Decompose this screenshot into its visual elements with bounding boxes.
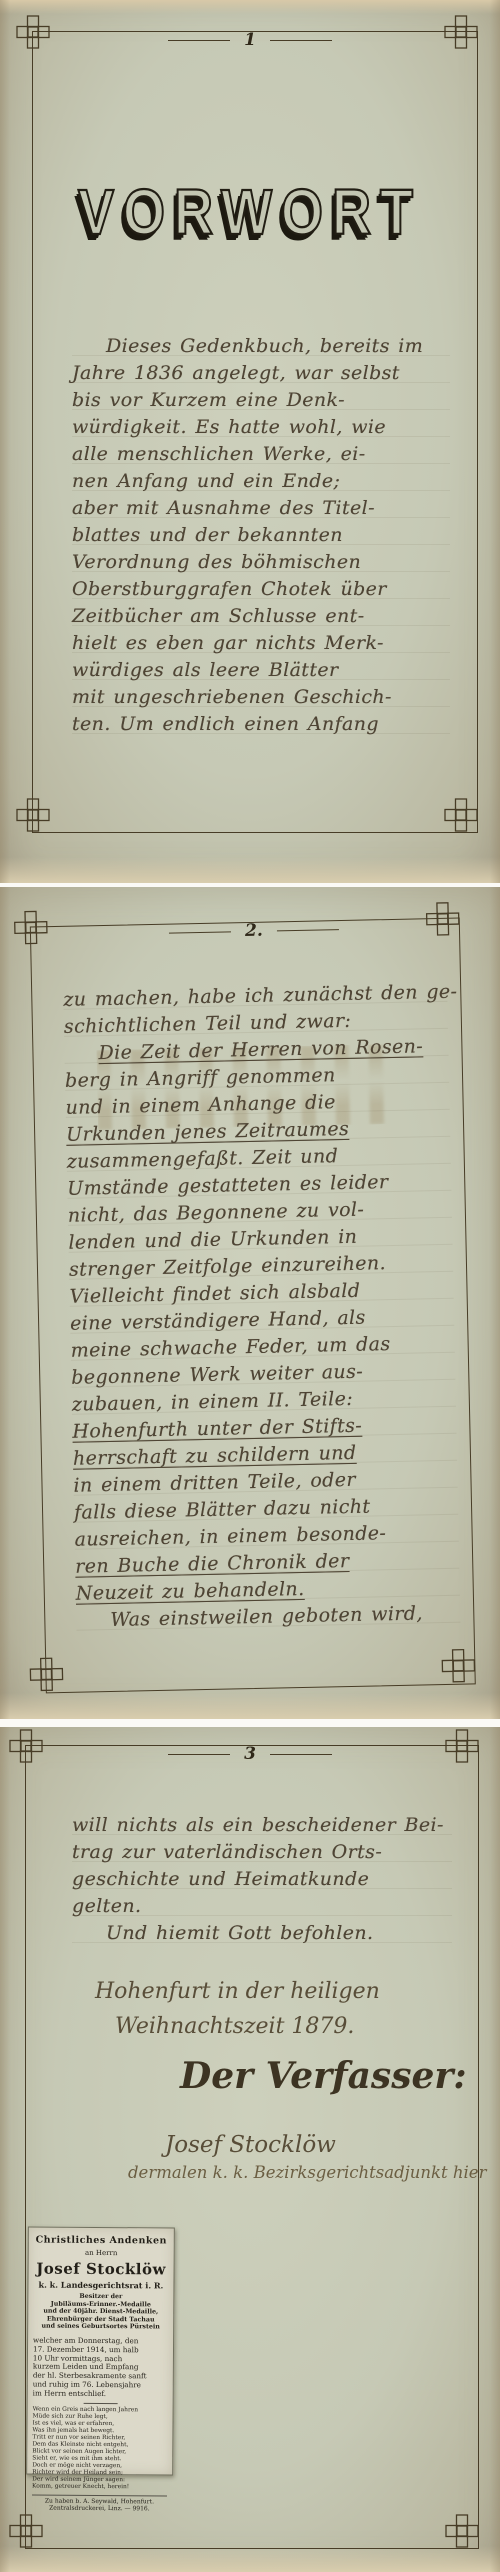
handwritten-line: Und hiemit Gott befohlen. [72, 1920, 452, 1947]
handwritten-line: ten. Um endlich einen Anfang [72, 711, 450, 738]
handwritten-line: Dieses Gedenkbuch, bereits im [72, 333, 450, 360]
handwritten-line: bis vor Kurzem eine Denk- [72, 387, 450, 414]
card-header: Christliches Andenken [34, 2235, 169, 2247]
card-honors: Besitzer derJubiläums-Erinner.-Medailleu… [33, 2293, 168, 2332]
handwritten-line: Verordnung des böhmischen [72, 549, 450, 576]
signature-label: Der Verfasser: [180, 2055, 467, 2097]
card-poem-line: Komm, getreuer Knecht, herein! [32, 2483, 167, 2491]
handwritten-line: blattes und der bekannten [72, 522, 450, 549]
rule [168, 1754, 230, 1755]
card-obituary-line: im Herrn entschlief. [33, 2389, 168, 2399]
memorial-card: Christliches Andenken an Herrn Josef Sto… [26, 2226, 175, 2475]
handwritten-line: Jahre 1836 angelegt, war selbst [72, 360, 450, 387]
handwritten-line: nen Anfang und ein Ende; [72, 468, 450, 495]
page3-left-edge [0, 1727, 10, 2572]
page-number: 1 [244, 32, 256, 49]
page-3: 3 will nichts als ein bescheidener Bei-t… [0, 1727, 500, 2572]
card-divider [83, 2402, 117, 2403]
card-footer: Zu haben b. A. Seywald, Hohenfurt.Zentra… [32, 2494, 167, 2512]
card-footer-line: Zentralsdruckerei, Linz. — 9916. [32, 2504, 167, 2512]
handwritten-line: mit ungeschriebenen Geschich- [72, 684, 450, 711]
handwritten-line: geschichte und Heimatkunde [72, 1866, 452, 1893]
page3-right-edge [490, 1727, 500, 2572]
page1-bottom-edge [0, 857, 500, 883]
handwritten-line: will nichts als ein bescheidener Bei- [72, 1812, 452, 1839]
page1-right-edge [490, 0, 500, 883]
page-number: 3 [244, 1746, 256, 1763]
rule [270, 40, 332, 41]
page3-number-row: 3 [110, 1746, 390, 1763]
corner-ornament [9, 2514, 43, 2548]
rule [168, 40, 230, 41]
page-number: 2. [245, 923, 263, 940]
page-2: 2. zu machen, habe ich zunächst den ge-s… [0, 887, 500, 1719]
card-poem: Wenn ein Greis nach langen JahrenMüde si… [32, 2406, 168, 2491]
place-date-line: Hohenfurt in der heiligen [95, 1979, 380, 2004]
corner-ornament [16, 15, 50, 49]
signature-name: Josef Stocklöw [165, 2132, 336, 2158]
handwritten-line: Zeitbücher am Schlusse ent- [72, 603, 450, 630]
rule [277, 929, 339, 931]
handwritten-line: trag zur vaterländischen Orts- [72, 1839, 452, 1866]
corner-ornament [9, 1729, 43, 1763]
corner-ornament [445, 2514, 479, 2548]
handwritten-line: würdigkeit. Es hatte wohl, wie [72, 414, 450, 441]
corner-ornament [441, 1648, 476, 1683]
page-1: 1 VORWORT Dieses Gedenkbuch, bereits imJ… [0, 0, 500, 883]
page-title-vorwort: VORWORT [0, 176, 500, 249]
page3-handwriting: will nichts als ein bescheidener Bei-tra… [72, 1812, 452, 1947]
handwritten-line: aber mit Ausnahme des Titel- [72, 495, 450, 522]
handwritten-line: würdiges als leere Blätter [72, 657, 450, 684]
page1-handwriting: Dieses Gedenkbuch, bereits imJahre 1836 … [72, 333, 450, 738]
corner-ornament [444, 798, 478, 832]
handwritten-line: gelten. [72, 1893, 452, 1920]
corner-ornament [16, 798, 50, 832]
corner-ornament [425, 902, 460, 937]
handwritten-line: Oberstburggrafen Chotek über [72, 576, 450, 603]
card-obituary: welcher am Donnerstag, den17. Dezember 1… [33, 2336, 168, 2399]
photo-gap [0, 1719, 500, 1727]
corner-ornament [444, 15, 478, 49]
page1-left-edge [0, 0, 10, 883]
card-honors-line: und seines Geburtsortes Pürstein [33, 2323, 168, 2332]
page1-number-row: 1 [110, 32, 390, 49]
corner-ornament [13, 910, 48, 945]
page3-bottom-edge [0, 2546, 500, 2572]
signature-title: dermalen k. k. Bezirksgerichtsadjunkt hi… [128, 2163, 486, 2182]
card-name: Josef Stocklöw [34, 2260, 169, 2279]
place-date-line: Weihnachtszeit 1879. [115, 2014, 354, 2039]
card-subheader: an Herrn [34, 2249, 169, 2258]
corner-ornament [445, 1729, 479, 1763]
handwritten-line: hielt es eben gar nichts Merk- [72, 630, 450, 657]
rule [169, 931, 231, 933]
card-rank: k. k. Landesgerichtsrat i. R. [33, 2280, 168, 2291]
page1-top-edge [0, 0, 500, 14]
handwritten-line: alle menschlichen Werke, ei- [72, 441, 450, 468]
page2-handwriting: zu machen, habe ich zunächst den ge-schi… [63, 979, 460, 1635]
corner-ornament [29, 1657, 64, 1692]
scanned-manuscript: 1 VORWORT Dieses Gedenkbuch, bereits imJ… [0, 0, 500, 2572]
rule [270, 1754, 332, 1755]
